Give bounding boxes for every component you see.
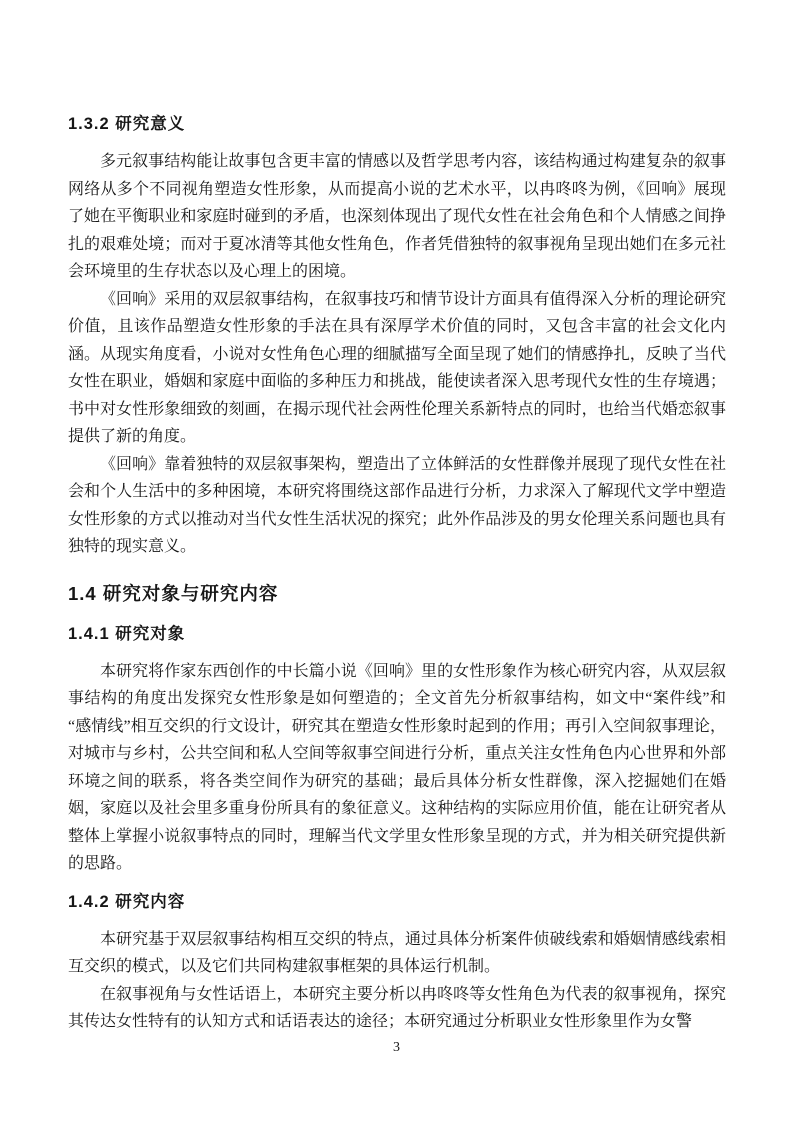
paragraph-research-content-1: 本研究基于双层叙事结构相互交织的特点，通过具体分析案件侦破线索和婚姻情感线索相互…: [68, 926, 726, 981]
page-content: 1.3.2 研究意义 多元叙事结构能让故事包含更丰富的情感以及哲学思考内容，该结…: [68, 114, 726, 1036]
paragraph-research-object-1: 本研究将作家东西创作的中长篇小说《回响》里的女性形象作为核心研究内容，从双层叙事…: [68, 658, 726, 878]
heading-1-4-1-research-object: 1.4.1 研究对象: [68, 624, 726, 644]
paragraph-significance-2: 《回响》采用的双层叙事结构，在叙事技巧和情节设计方面具有值得深入分析的理论研究价…: [68, 286, 726, 451]
paragraph-significance-3: 《回响》靠着独特的双层叙事架构，塑造出了立体鲜活的女性群像并展现了现代女性在社会…: [68, 451, 726, 561]
page-footer: 3: [0, 1038, 793, 1056]
heading-1-3-2-research-significance: 1.3.2 研究意义: [68, 114, 726, 134]
page-number: 3: [393, 1040, 400, 1055]
heading-1-4-research-object-and-content: 1.4 研究对象与研究内容: [68, 582, 726, 606]
heading-1-4-2-research-content: 1.4.2 研究内容: [68, 892, 726, 912]
paragraph-research-content-2: 在叙事视角与女性话语上，本研究主要分析以冉咚咚等女性角色为代表的叙事视角，探究其…: [68, 981, 726, 1036]
document-page: 1.3.2 研究意义 多元叙事结构能让故事包含更丰富的情感以及哲学思考内容，该结…: [0, 0, 793, 1122]
paragraph-significance-1: 多元叙事结构能让故事包含更丰富的情感以及哲学思考内容，该结构通过构建复杂的叙事网…: [68, 148, 726, 286]
